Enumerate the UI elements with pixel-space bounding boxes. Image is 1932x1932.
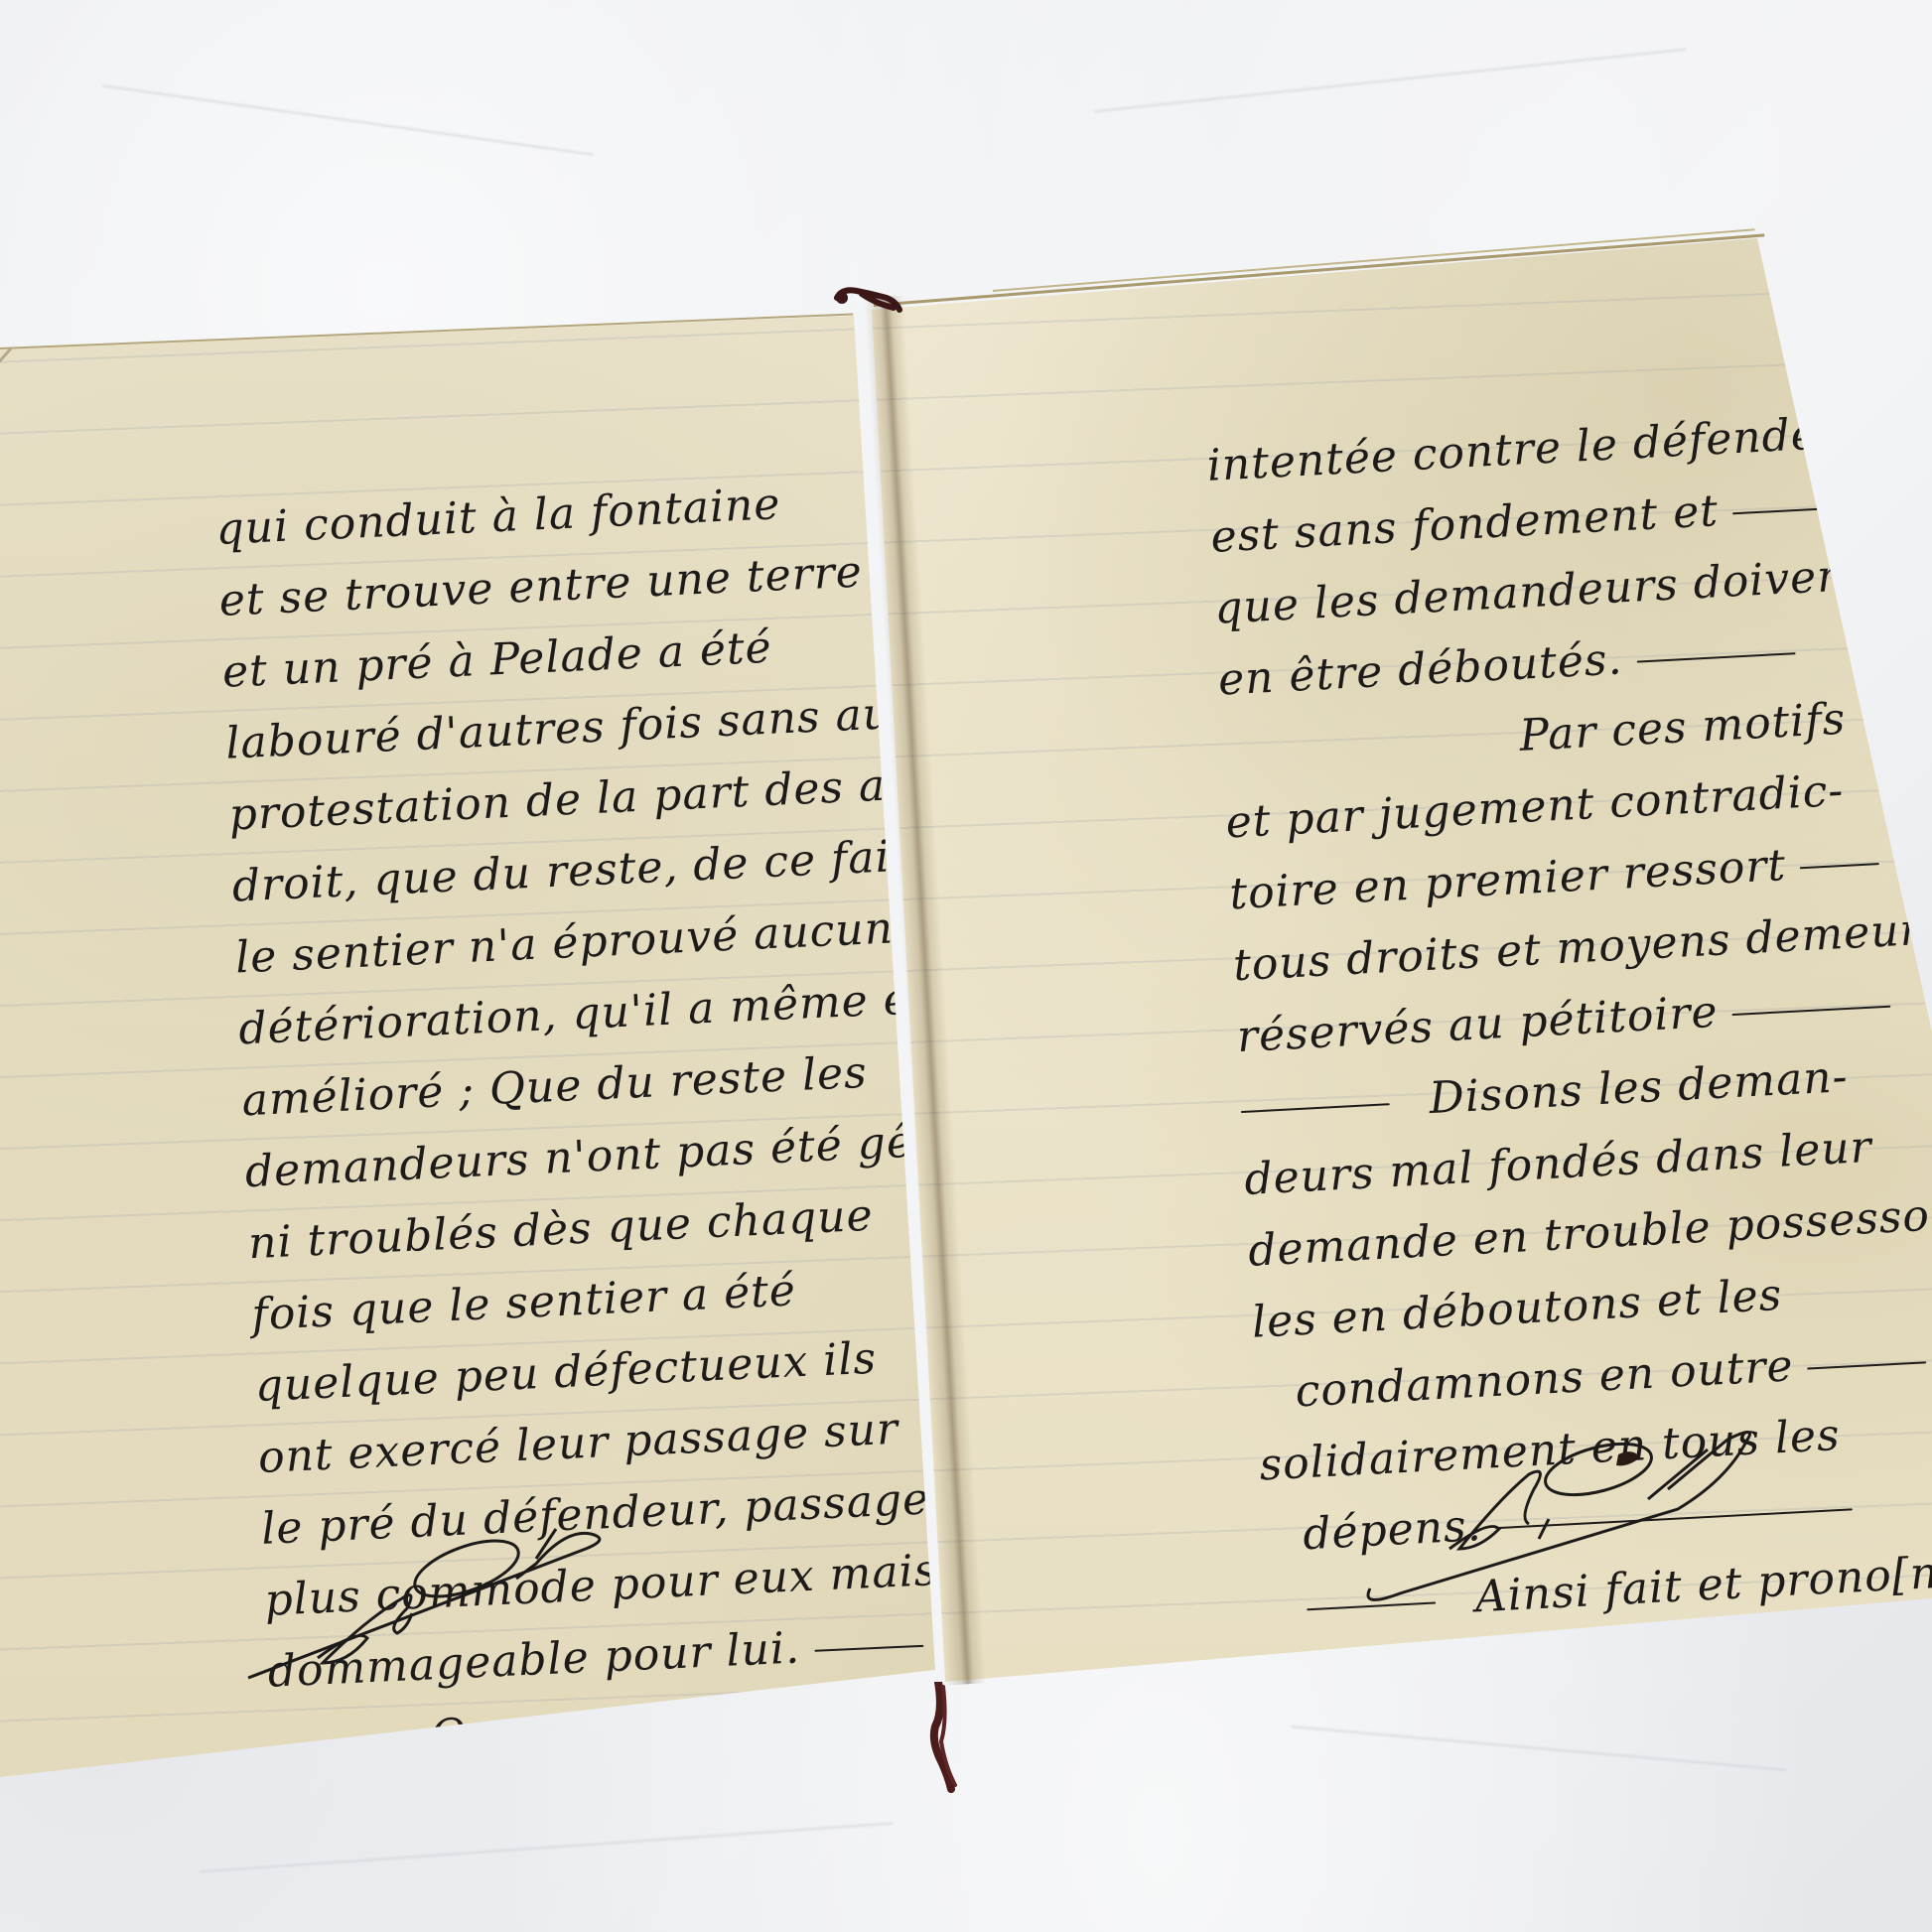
line-filler-stroke	[835, 1789, 895, 1794]
line-filler-stroke	[812, 1862, 872, 1866]
thread-knot-icon	[832, 286, 911, 326]
signature-flourish-icon	[1350, 1410, 1787, 1608]
text-segment: Disons les deman-	[1428, 1051, 1849, 1124]
line-filler-stroke	[1800, 863, 1879, 869]
text-line: et nous avons signé av[ec]	[1277, 1747, 1932, 1859]
binding-thread-bottom	[923, 1682, 973, 1805]
line-filler-stroke	[814, 1644, 923, 1651]
right-page-handwriting: intentée contre le défendeur est sans fo…	[1205, 391, 1932, 1859]
line-filler-stroke	[1241, 1103, 1390, 1113]
line-filler-stroke	[1636, 652, 1795, 662]
binding-thread-top	[832, 286, 911, 330]
text-line: en trouble possessoire	[276, 1815, 1075, 1922]
text-segment: Que par	[429, 1703, 617, 1761]
line-filler-stroke	[1731, 1005, 1890, 1015]
manuscript-folio: qui conduit à la fontaine et se trouve e…	[0, 0, 1932, 1932]
text-segment: conséquent la demande	[273, 1765, 821, 1841]
line-filler-stroke	[271, 1740, 390, 1747]
left-page-signature	[238, 1489, 635, 1688]
line-filler-stroke	[1807, 1361, 1926, 1369]
text-segment: en trouble possessoire	[277, 1838, 800, 1912]
right-page-signature	[1350, 1410, 1787, 1608]
text-segment: Par ces motifs	[1518, 694, 1847, 761]
line-filler-stroke	[1732, 506, 1842, 514]
text-line: les jour mois et an susd[its]	[1273, 1676, 1932, 1787]
text-segment: en être déboutés.	[1217, 633, 1624, 705]
signature-flourish-icon	[238, 1489, 635, 1688]
thread-tail-icon	[923, 1682, 973, 1801]
line-filler-stroke	[629, 1722, 808, 1731]
